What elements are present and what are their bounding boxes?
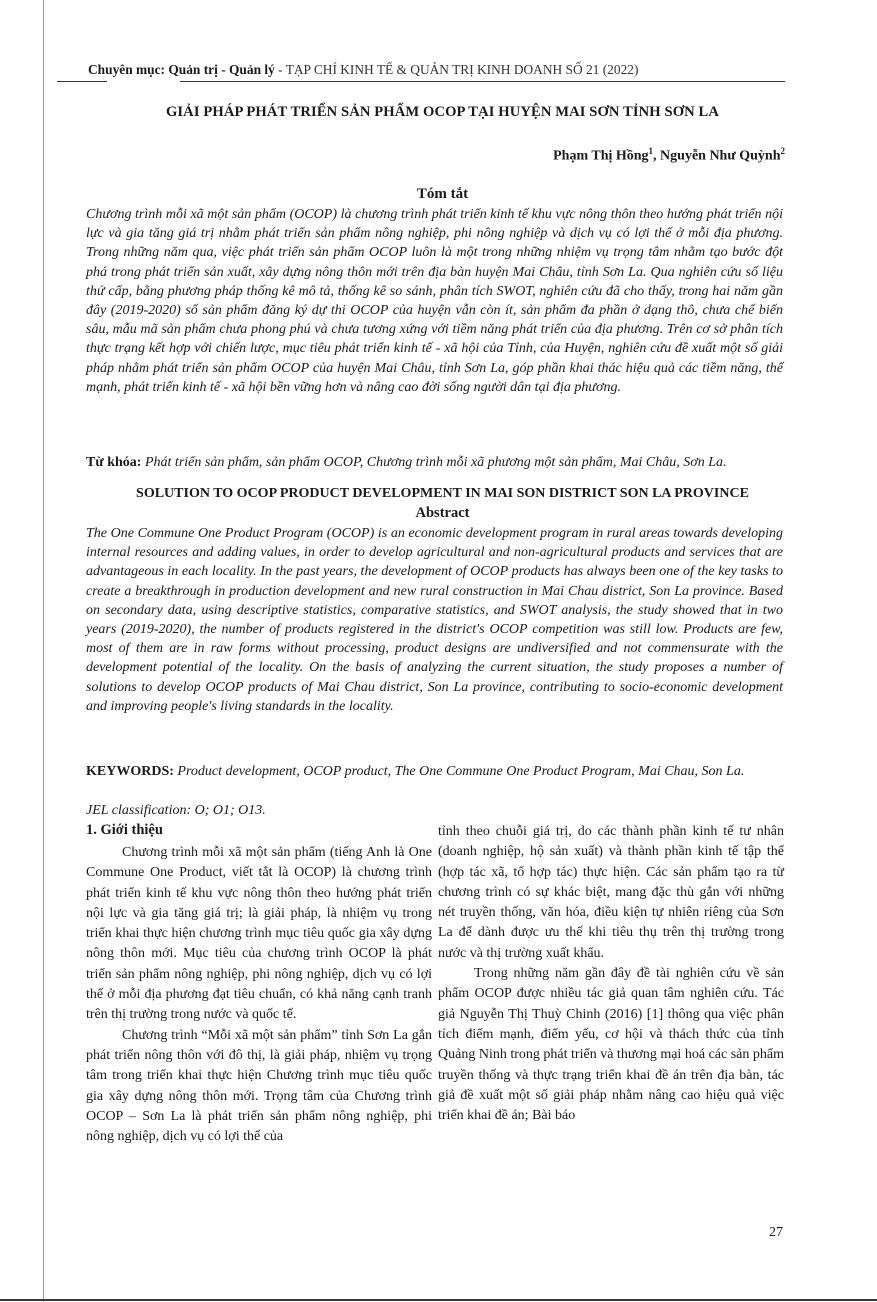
paragraph: Chương trình mỗi xã một sản phẩm (tiếng … [86,843,432,1026]
running-header: Chuyên mục: Quản trị - Quản lý - TẠP CHÍ… [88,62,788,78]
english-title: SOLUTION TO OCOP PRODUCT DEVELOPMENT IN … [60,486,825,502]
jel-classification: JEL classification: O; O1; O13. [86,801,783,820]
page-number: 27 [769,1225,783,1241]
en-keywords: KEYWORDS: Product development, OCOP prod… [86,762,783,781]
column-left: Chương trình mỗi xã một sản phẩm (tiếng … [86,843,432,1147]
header-section: Quản trị - Quản lý [168,62,274,77]
author-name: Phạm Thị Hồng [553,149,648,164]
header-journal: - TẠP CHÍ KINH TẾ & QUẢN TRỊ KINH DOANH … [275,62,639,77]
header-rule [180,81,785,82]
en-abstract-heading: Abstract [60,505,825,522]
column-right: tỉnh theo chuỗi giá trị, do các thành ph… [438,822,784,1126]
en-keywords-label: KEYWORDS: [86,764,174,779]
paragraph: tỉnh theo chuỗi giá trị, do các thành ph… [438,822,784,964]
paragraph: Trong những năm gần đây đề tài nghiên cứ… [438,964,784,1126]
header-rule [57,81,107,82]
header-label: Chuyên mục: [88,62,165,77]
author-affiliation: 2 [781,146,786,156]
author-name: Nguyễn Như Quỳnh [660,149,780,164]
authors: Phạm Thị Hồng1, Nguyễn Như Quỳnh2 [553,146,785,165]
section-heading-introduction: 1. Giới thiệu [86,822,163,839]
paragraph: Chương trình “Mỗi xã một sản phẩm” tỉnh … [86,1026,432,1148]
page-edge-left [43,0,44,1302]
vi-keywords-text: Phát triển sản phẩm, sản phẩm OCOP, Chươ… [141,455,726,470]
vi-keywords-label: Từ khóa: [86,455,141,470]
page-edge-bottom [0,1299,877,1301]
vi-abstract-text: Chương trình mỗi xã một sản phẩm (OCOP) … [86,205,783,397]
vi-keywords: Từ khóa: Phát triển sản phẩm, sản phẩm O… [86,453,783,472]
vi-abstract-heading: Tóm tắt [60,186,825,203]
paper-title: GIẢI PHÁP PHÁT TRIỂN SẢN PHẨM OCOP TẠI H… [60,104,825,121]
en-keywords-text: Product development, OCOP product, The O… [174,764,744,779]
author-affiliation: 1 [649,146,654,156]
en-abstract-text: The One Commune One Product Program (OCO… [86,524,783,716]
